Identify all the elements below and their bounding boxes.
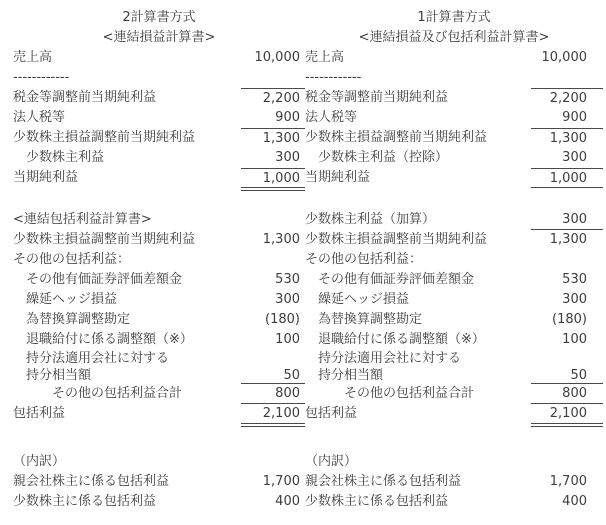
row-value: 800 (241, 384, 305, 404)
column-subtitle-income-statement: <連結損益計算書> (13, 28, 305, 48)
row-value: 100 (241, 330, 305, 350)
row-value (241, 210, 305, 230)
row-label: 少数株主利益 (13, 148, 241, 168)
row-value: 1,300 (531, 128, 603, 148)
row-label: 繰延ヘッジ損益 (305, 290, 531, 310)
row-value: 10,000 (531, 48, 603, 68)
spacer-row (13, 424, 305, 452)
statement-row: ------------ (305, 68, 603, 88)
row-label: その他有価証券評価差額金 (305, 270, 531, 290)
row-label: 包括利益 (13, 404, 241, 424)
statement-row: 少数株主損益調整前当期純利益1,300 (13, 230, 305, 250)
row-label: 退職給付に係る調整額（※） (305, 330, 531, 350)
row-value: 100 (531, 330, 603, 350)
row-value: 1,700 (241, 472, 305, 492)
row-label: その他の包括利益合計 (305, 384, 531, 404)
row-label: 少数株主損益調整前当期純利益 (305, 128, 531, 148)
row-label: 少数株主損益調整前当期純利益 (13, 230, 241, 250)
row-value: 1,300 (241, 128, 305, 148)
statement-row: その他有価証券評価差額金530 (13, 270, 305, 290)
row-label: ------------ (305, 68, 531, 88)
spacer-row (305, 188, 603, 210)
statement-row: 税金等調整前当期純利益2,200 (13, 88, 305, 108)
statement-row: 持分相当額50 (305, 367, 603, 384)
statement-row: 売上高10,000 (305, 48, 603, 68)
statement-row: <連結包括利益計算書> (13, 210, 305, 230)
statement-row: 少数株主利益（控除）300 (305, 148, 603, 168)
row-value: 1,000 (241, 168, 305, 188)
row-label: 売上高 (305, 48, 531, 68)
statement-row: 退職給付に係る調整額（※）100 (305, 330, 603, 350)
row-value: 2,100 (241, 404, 305, 424)
row-value: 530 (531, 270, 603, 290)
statement-row: その他の包括利益： (305, 250, 603, 270)
row-value (241, 250, 305, 270)
row-value: 300 (241, 148, 305, 168)
statement-row: 包括利益2,100 (13, 404, 305, 424)
row-label: 少数株主利益（控除） (305, 148, 531, 168)
statement-row: その他有価証券評価差額金530 (305, 270, 603, 290)
row-label: 少数株主損益調整前当期純利益 (13, 128, 241, 148)
row-label: <連結包括利益計算書> (13, 210, 241, 230)
statement-row: 退職給付に係る調整額（※）100 (13, 330, 305, 350)
row-value: 1,300 (531, 230, 603, 250)
row-value: 400 (531, 492, 603, 512)
row-label: 親会社株主に係る包括利益 (305, 472, 531, 492)
spacer-row (305, 424, 603, 452)
row-label: （内訳） (13, 452, 241, 472)
row-value: 50 (531, 367, 603, 384)
row-label: 為替換算調整勘定 (13, 310, 241, 330)
row-label: 少数株主損益調整前当期純利益 (305, 230, 531, 250)
row-value (531, 68, 603, 88)
row-label: 持分相当額 (13, 367, 241, 384)
row-value (531, 350, 603, 367)
statement-row: （内訳） (13, 452, 305, 472)
row-value (241, 350, 305, 367)
row-label: ------------ (13, 68, 241, 88)
row-label: 持分相当額 (305, 367, 531, 384)
row-label: 当期純利益 (305, 168, 531, 188)
statement-row: 包括利益2,100 (305, 404, 603, 424)
row-value (241, 68, 305, 88)
statement-row: 法人税等900 (13, 108, 305, 128)
column-subtitle-income-and-comprehensive-statement: <連結損益及び包括利益計算書> (305, 28, 603, 48)
row-value: 900 (241, 108, 305, 128)
row-value: 530 (241, 270, 305, 290)
statement-row: 繰延ヘッジ損益300 (13, 290, 305, 310)
row-value: 800 (531, 384, 603, 404)
row-value: 2,200 (531, 88, 603, 108)
row-value: (180) (531, 310, 603, 330)
statement-row: その他の包括利益合計800 (13, 384, 305, 404)
statement-row: 為替換算調整勘定(180) (13, 310, 305, 330)
row-value: 1,000 (531, 168, 603, 188)
row-value (241, 452, 305, 472)
spacer-row (13, 188, 305, 210)
one-statement-method-column: 1計算書方式 <連結損益及び包括利益計算書> 売上高10,000--------… (305, 8, 603, 525)
statement-row: 法人税等900 (305, 108, 603, 128)
statement-row: 税金等調整前当期純利益2,200 (305, 88, 603, 108)
statement-rows: 売上高10,000------------税金等調整前当期純利益2,200法人税… (13, 48, 305, 512)
statement-row: 少数株主損益調整前当期純利益1,300 (13, 128, 305, 148)
statement-row: 持分法適用会社に対する (305, 350, 603, 367)
column-title-one-statement: 1計算書方式 (305, 8, 603, 28)
row-value (531, 452, 603, 472)
row-label: 退職給付に係る調整額（※） (13, 330, 241, 350)
column-title-two-statement: 2計算書方式 (13, 8, 305, 28)
row-value: 50 (241, 367, 305, 384)
statement-row: ------------ (13, 68, 305, 88)
row-value: 1,700 (531, 472, 603, 492)
row-value: (180) (241, 310, 305, 330)
statement-row: 売上高10,000 (13, 48, 305, 68)
row-label: 為替換算調整勘定 (305, 310, 531, 330)
row-label: 少数株主に係る包括利益 (305, 492, 531, 512)
statement-row: 少数株主損益調整前当期純利益1,300 (305, 230, 603, 250)
statement-row: 少数株主に係る包括利益400 (13, 492, 305, 512)
row-label: 親会社株主に係る包括利益 (13, 472, 241, 492)
row-value: 1,300 (241, 230, 305, 250)
row-label: その他の包括利益： (305, 250, 531, 270)
row-value: 10,000 (241, 48, 305, 68)
row-value: 300 (531, 290, 603, 310)
row-label: 包括利益 (305, 404, 531, 424)
row-label: 繰延ヘッジ損益 (13, 290, 241, 310)
statement-row: 持分相当額50 (13, 367, 305, 384)
row-value: 2,200 (241, 88, 305, 108)
statement-row: （内訳） (305, 452, 603, 472)
row-value: 900 (531, 108, 603, 128)
row-label: 少数株主に係る包括利益 (13, 492, 241, 512)
statement-row: 当期純利益1,000 (13, 168, 305, 188)
row-label: （内訳） (305, 452, 531, 472)
row-label: 少数株主利益（加算） (305, 210, 531, 230)
row-value: 300 (241, 290, 305, 310)
row-label: 持分法適用会社に対する (13, 350, 241, 367)
row-label: その他有価証券評価差額金 (13, 270, 241, 290)
row-value: 300 (531, 148, 603, 168)
row-value: 300 (531, 210, 603, 230)
statement-row: その他の包括利益合計800 (305, 384, 603, 404)
statement-row: 繰延ヘッジ損益300 (305, 290, 603, 310)
statement-row: 少数株主利益（加算）300 (305, 210, 603, 230)
statement-row: 当期純利益1,000 (305, 168, 603, 188)
row-label: 当期純利益 (13, 168, 241, 188)
statement-row: 親会社株主に係る包括利益1,700 (13, 472, 305, 492)
row-value (531, 250, 603, 270)
row-label: その他の包括利益合計 (13, 384, 241, 404)
statement-row: その他の包括利益： (13, 250, 305, 270)
statement-row: 少数株主に係る包括利益400 (305, 492, 603, 512)
row-label: 法人税等 (305, 108, 531, 128)
row-label: 法人税等 (13, 108, 241, 128)
statement-row: 為替換算調整勘定(180) (305, 310, 603, 330)
two-statement-method-column: 2計算書方式 <連結損益計算書> 売上高10,000------------税金… (13, 8, 305, 525)
row-label: 売上高 (13, 48, 241, 68)
statement-rows: 売上高10,000------------税金等調整前当期純利益2,200法人税… (305, 48, 603, 512)
statement-row: 持分法適用会社に対する (13, 350, 305, 367)
row-label: その他の包括利益： (13, 250, 241, 270)
row-label: 税金等調整前当期純利益 (13, 88, 241, 108)
row-value: 2,100 (531, 404, 603, 424)
statement-row: 少数株主利益300 (13, 148, 305, 168)
row-label: 税金等調整前当期純利益 (305, 88, 531, 108)
financial-statements-document: 2計算書方式 <連結損益計算書> 売上高10,000------------税金… (0, 0, 606, 525)
statement-row: 少数株主損益調整前当期純利益1,300 (305, 128, 603, 148)
row-label: 持分法適用会社に対する (305, 350, 531, 367)
row-value: 400 (241, 492, 305, 512)
statement-row: 親会社株主に係る包括利益1,700 (305, 472, 603, 492)
